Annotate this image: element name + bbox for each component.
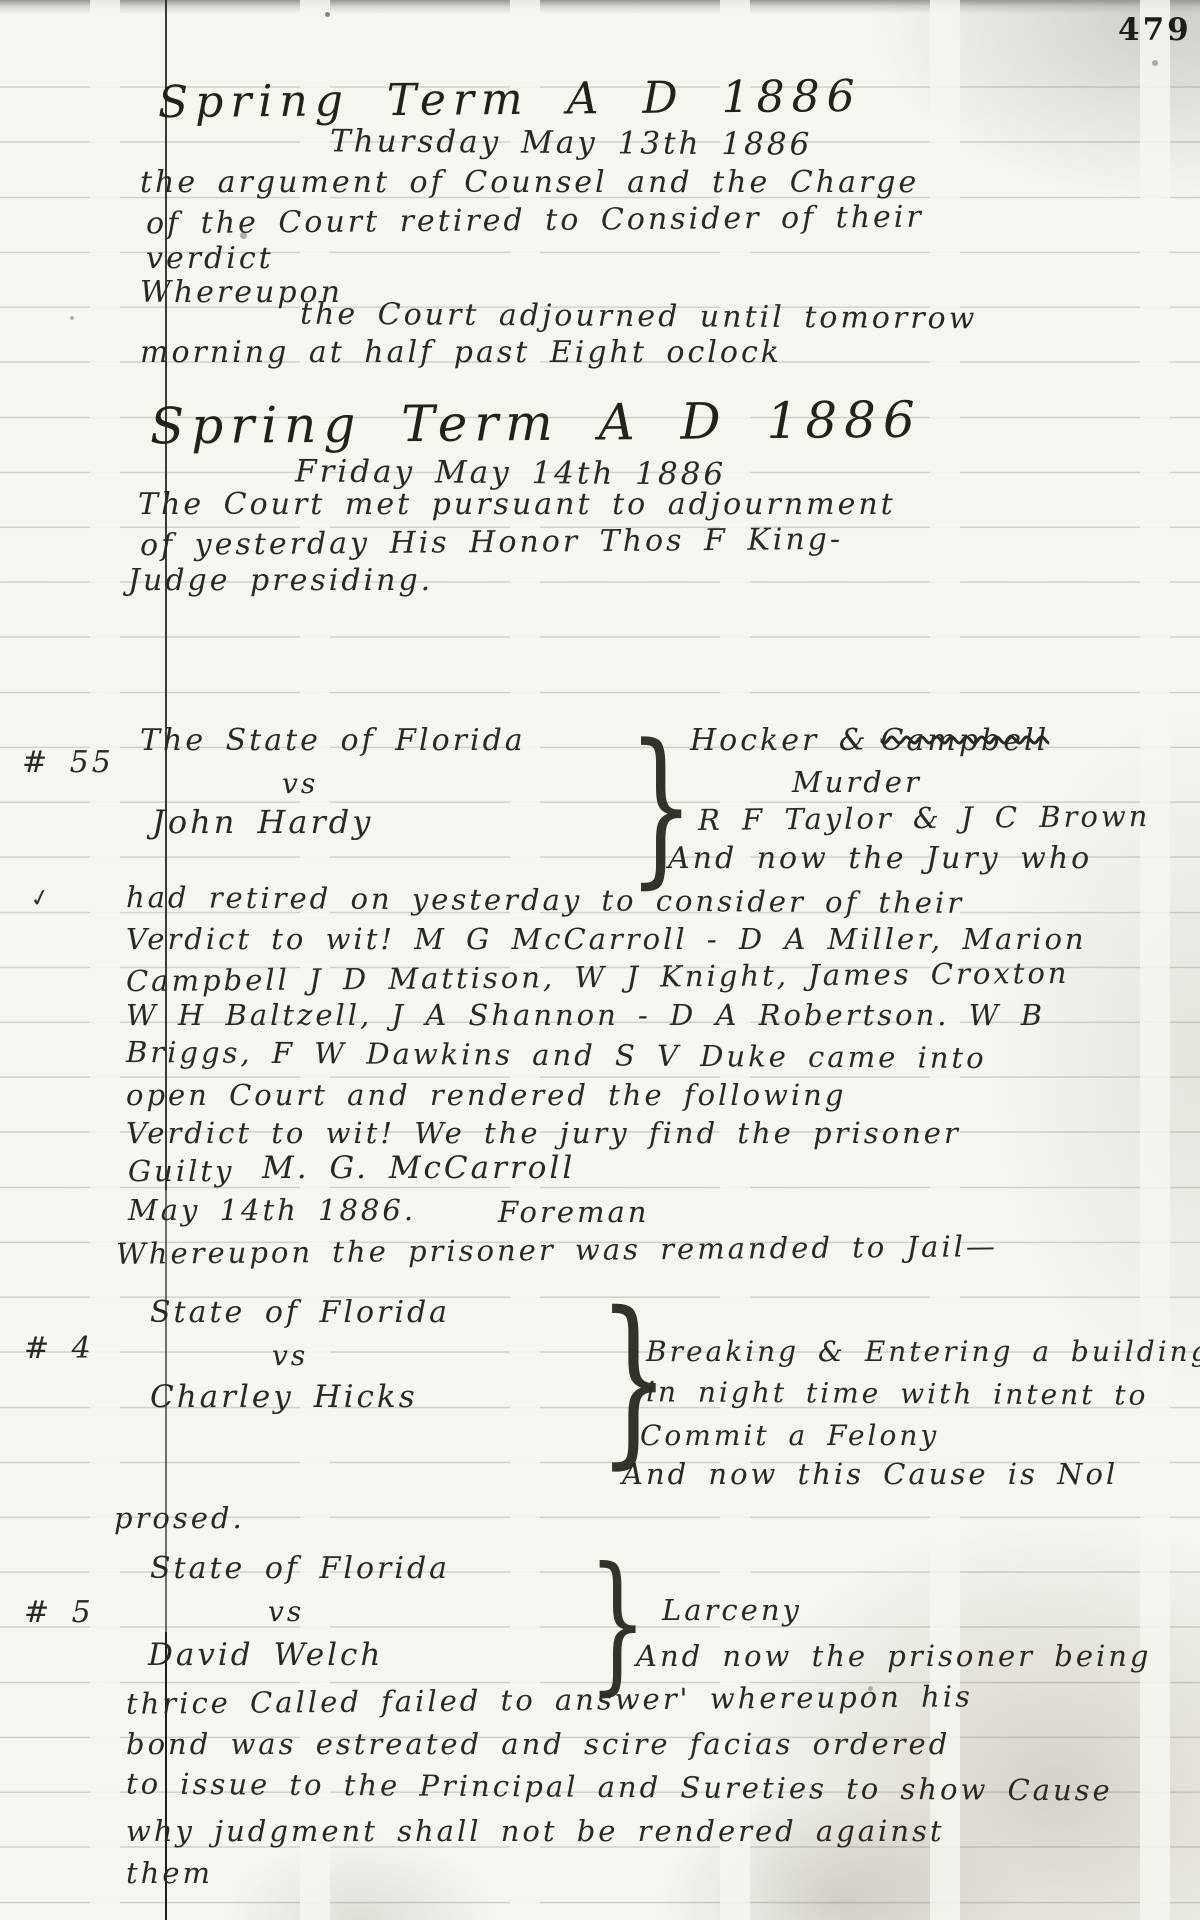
ink-speck (325, 12, 330, 17)
struck-counsel-name: Campbell (881, 723, 1050, 758)
prosecution-counsel: Hocker & (690, 723, 869, 758)
checkmark: ✓ (27, 882, 52, 914)
case-number-margin: # 5 (24, 1598, 94, 1628)
court-record-line: W H Baltzell, J A Shannon - D A Robertso… (126, 1001, 1045, 1030)
case-number-margin: # 55 (22, 748, 114, 778)
defense-counsel: R F Taylor & J C Brown (698, 802, 1151, 835)
court-record-line: the argument of Counsel and the Charge (140, 168, 919, 198)
charge-line: Commit a Felony (640, 1422, 939, 1450)
ink-speck (1152, 60, 1158, 66)
foreman-label: Foreman (498, 1198, 650, 1227)
case-number-margin: # 4 (24, 1334, 94, 1364)
court-record-line: to issue to the Principal and Sureties t… (126, 1770, 1113, 1806)
record-date: May 14th 1886. (128, 1196, 416, 1225)
term-date: Friday May 14th 1886 (295, 456, 726, 490)
court-record-line: And now this Cause is Nol (622, 1460, 1118, 1489)
court-record-line: Briggs, F W Dawkins and S V Duke came in… (126, 1038, 987, 1073)
case-plaintiff: State of Florida (150, 1298, 450, 1328)
court-record-line: open Court and rendered the following (126, 1081, 846, 1110)
charge-line: Breaking & Entering a building (646, 1338, 1200, 1366)
charge-line: Murder (792, 768, 922, 797)
court-record-line: thrice Called failed to answer' whereupo… (126, 1682, 973, 1718)
court-record-line: prosed. (114, 1504, 245, 1533)
ledger-page: 479 Spring Term A D 1886 Thursday May 13… (0, 0, 1200, 1920)
case-plaintiff: The State of Florida (140, 726, 526, 756)
court-record-line: bond was estreated and scire facias orde… (126, 1730, 950, 1759)
court-record-line: And now the prisoner being (636, 1642, 1152, 1671)
court-record-line: verdict (146, 244, 274, 274)
court-record-line: Judge presiding. (128, 566, 433, 596)
court-record-line: why judgment shall not be rendered again… (126, 1817, 945, 1846)
court-record-line: morning at half past Eight oclock (140, 338, 782, 368)
case-vs: vs (268, 1598, 304, 1626)
court-record-line: And now the Jury who (668, 844, 1092, 874)
case-vs: vs (282, 770, 318, 798)
court-record-line: Campbell J D Mattison, W J Knight, James… (126, 959, 1070, 996)
verdict-word: Guilty (128, 1157, 234, 1186)
case-defendant: David Welch (148, 1640, 383, 1671)
ink-speck (70, 316, 74, 320)
court-record-line: had retired on yesterday to consider of … (126, 883, 964, 918)
term-heading: Spring Term A D 1886 (150, 395, 922, 452)
attorneys-line: Hocker &Campbell (690, 726, 1049, 756)
court-record-line: The Court met pursuant to adjournment (138, 490, 896, 520)
case-plaintiff: State of Florida (150, 1554, 450, 1584)
court-record-line: them (126, 1859, 213, 1888)
court-record-line: Verdict to wit! M G McCarroll - D A Mill… (126, 925, 1087, 954)
charge-line: in night time with intent to (646, 1378, 1149, 1410)
court-record-line: Whereupon the prisoner was remanded to J… (116, 1232, 998, 1269)
page-number: 479 (1118, 12, 1192, 48)
case-brace: } (588, 1548, 647, 1698)
case-vs: vs (272, 1342, 308, 1370)
term-date: Thursday May 13th 1886 (330, 126, 812, 160)
court-record-line: the Court adjourned until tomorrow (300, 300, 978, 335)
charge-line: Larceny (662, 1596, 802, 1625)
court-record-line: of the Court retired to Consider of thei… (146, 203, 924, 240)
term-heading: Spring Term A D 1886 (158, 75, 862, 125)
court-record-line: of yesterday His Honor Thos F King- (140, 525, 843, 561)
case-defendant: Charley Hicks (150, 1382, 418, 1413)
court-record-line: Verdict to wit! We the jury find the pri… (126, 1119, 961, 1148)
verdict-signature: M. G. McCarroll (262, 1153, 575, 1184)
case-defendant: John Hardy (152, 806, 373, 838)
